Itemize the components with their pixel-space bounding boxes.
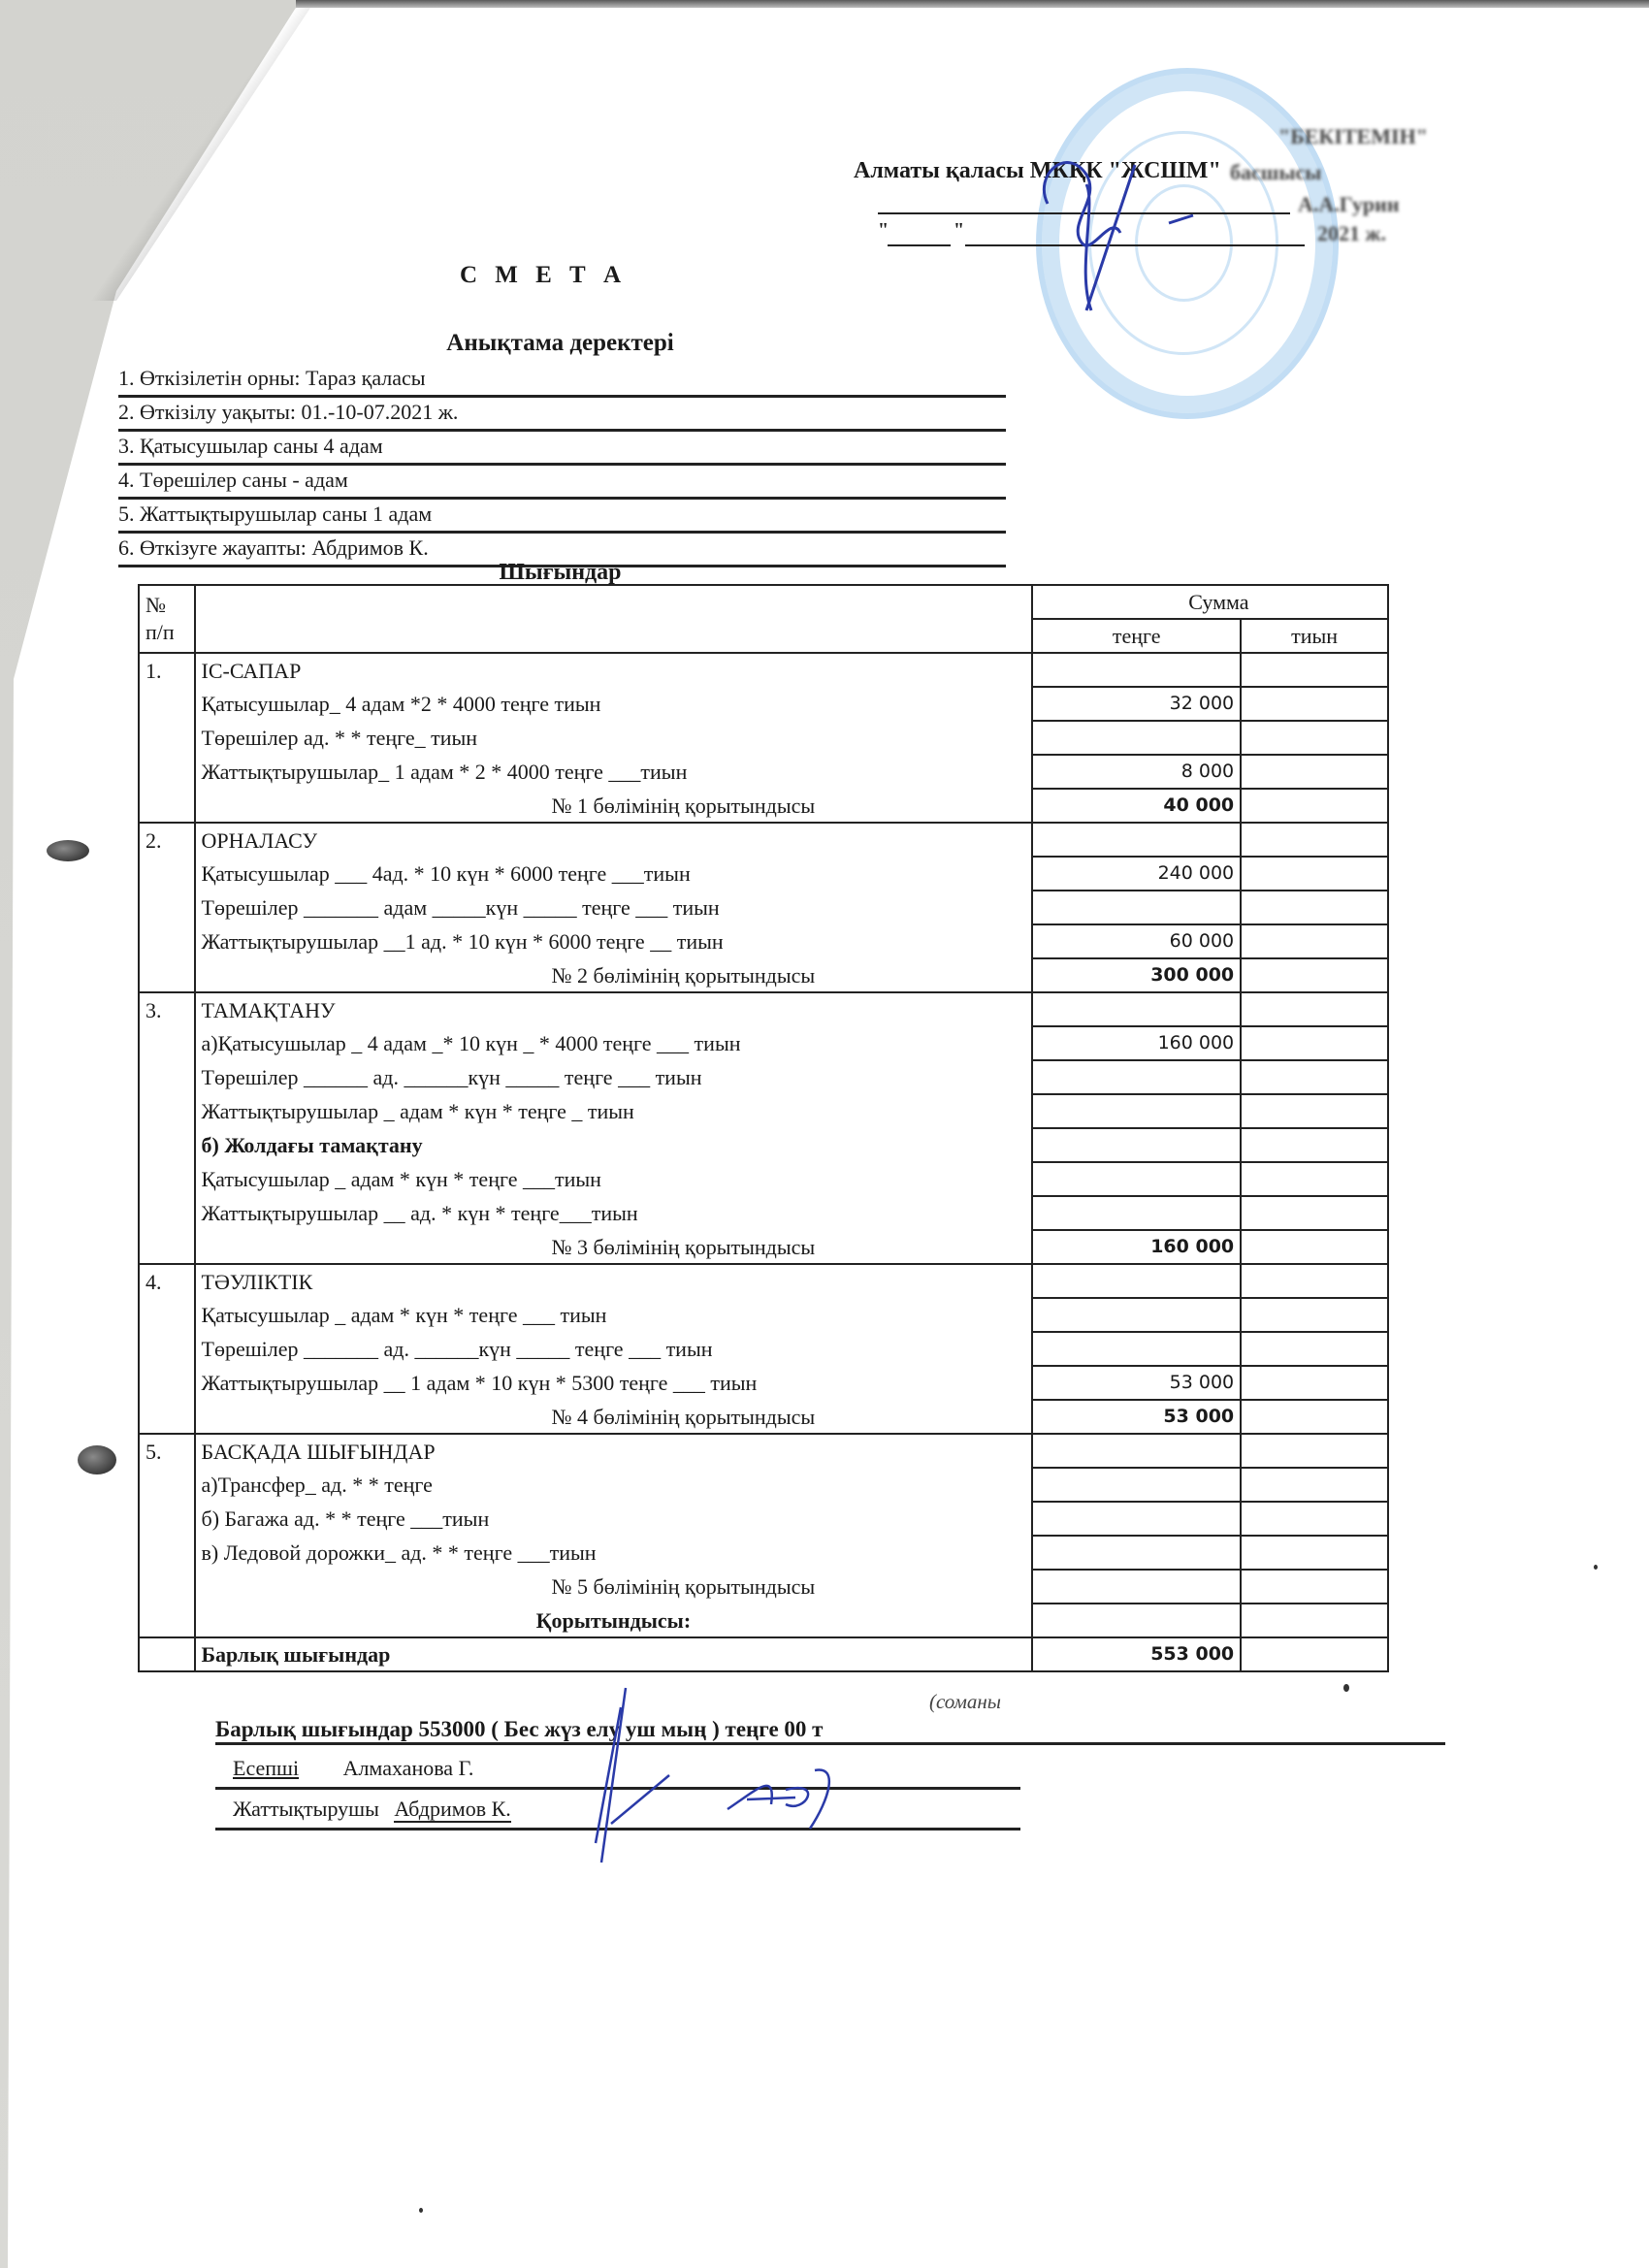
expense-amount-tiyn	[1241, 1502, 1388, 1536]
section-header-row: 4.ТӘУЛІКТІК	[139, 1264, 1388, 1298]
table-row: Жаттықтырушылар __1 ад. * 10 күн * 6000 …	[139, 924, 1388, 958]
section-total-label: № 4 бөлімінің қорытындысы	[195, 1400, 1033, 1434]
table-row: Жаттықтырушылар __ 1 адам * 10 күн * 530…	[139, 1366, 1388, 1400]
expense-amount-tiyn	[1241, 1196, 1388, 1230]
section-total-value	[1032, 1570, 1241, 1604]
expense-amount-tenge	[1032, 721, 1241, 755]
expense-amount-tenge	[1032, 1502, 1241, 1536]
expense-amount-tenge	[1032, 1468, 1241, 1502]
table-row: Жаттықтырушылар_ 1 адам * 2 * 4000 теңге…	[139, 755, 1388, 789]
expense-line: Төрешілер _______ адам _____күн _____ те…	[195, 891, 1033, 924]
section-title: ТӘУЛІКТІК	[195, 1264, 1033, 1298]
summary-row: Қорытындысы:	[139, 1604, 1388, 1637]
approval-date-quote: "	[954, 219, 964, 242]
table-row: Жаттықтырушылар __ ад. * күн * теңге___т…	[139, 1196, 1388, 1230]
section-number: 4.	[139, 1264, 195, 1298]
column-header-tenge: теңге	[1032, 619, 1241, 653]
expense-amount-tenge: 32 000	[1032, 687, 1241, 721]
approval-date-quote: "	[878, 219, 889, 242]
section-title: ТАМАҚТАНУ	[195, 992, 1033, 1026]
expense-line: Қатысушылар _ адам * күн * теңге ___ тиы…	[195, 1298, 1033, 1332]
section-number: 1.	[139, 653, 195, 687]
table-row: Төрешілер _______ ад. ______күн _____ те…	[139, 1332, 1388, 1366]
table-row: б) Багажа ад. * * теңге ___тиын	[139, 1502, 1388, 1536]
expense-amount-tenge: 8 000	[1032, 755, 1241, 789]
expense-amount-tenge	[1032, 1298, 1241, 1332]
table-row: Қатысушылар_ 4 адам *2 * 4000 теңге тиын…	[139, 687, 1388, 721]
section-total-value: 160 000	[1032, 1230, 1241, 1264]
expenses-caption: Шығындар	[116, 560, 1004, 586]
expense-amount-tiyn	[1241, 1094, 1388, 1128]
approval-day-line	[888, 244, 951, 246]
column-header-number-line1: №	[145, 592, 188, 619]
expense-amount-tenge	[1032, 891, 1241, 924]
section-total-label: № 3 бөлімінің қорытындысы	[195, 1230, 1033, 1264]
section-title: ОРНАЛАСУ	[195, 823, 1033, 857]
section-total-value: 40 000	[1032, 789, 1241, 823]
accountant-role: Есепші	[233, 1756, 299, 1780]
info-location: 1. Өткізілетін орны: Тараз қаласы	[118, 362, 1006, 398]
expense-line: Төрешілер _______ ад. ______күн _____ те…	[195, 1332, 1033, 1366]
document-title: С М Е Т А	[0, 262, 1086, 289]
expense-line: Қатысушылар_ 4 адам *2 * 4000 теңге тиын	[195, 687, 1033, 721]
section-total-row: № 5 бөлімінің қорытындысы	[139, 1570, 1388, 1604]
table-row: Қатысушылар ___ 4ад. * 10 күн * 6000 тең…	[139, 857, 1388, 891]
grand-total-value: 553 000	[1032, 1637, 1241, 1671]
ink-speck	[419, 2208, 423, 2213]
expense-amount-tiyn	[1241, 1162, 1388, 1196]
expense-line: Қатысушылар ___ 4ад. * 10 күн * 6000 тең…	[195, 857, 1033, 891]
expense-line: Төрешілер ______ ад. ______күн _____ тең…	[195, 1060, 1033, 1094]
punch-hole	[78, 1445, 116, 1474]
column-header-sum: Сумма	[1032, 585, 1388, 619]
coach-name: Абдримов К.	[394, 1797, 510, 1823]
info-referees: 4. Төрешілер саны - адам	[118, 464, 1006, 500]
expense-amount-tiyn	[1241, 1332, 1388, 1366]
table-row: Төрешілер _______ адам _____күн _____ те…	[139, 891, 1388, 924]
section-total-value: 300 000	[1032, 958, 1241, 992]
expense-amount-tenge	[1032, 1332, 1241, 1366]
section-total-row: № 1 бөлімінің қорытындысы40 000	[139, 789, 1388, 823]
expense-amount-tenge	[1032, 1196, 1241, 1230]
expense-amount-tiyn	[1241, 1536, 1388, 1570]
expense-line: Жаттықтырушылар_ 1 адам * 2 * 4000 теңге…	[195, 755, 1033, 789]
ink-speck	[1343, 1684, 1349, 1692]
expense-line: а)Трансфер_ ад. * * теңге	[195, 1468, 1033, 1502]
expense-line: Жаттықтырушылар __1 ад. * 10 күн * 6000 …	[195, 924, 1033, 958]
table-row: Қатысушылар _ адам * күн * теңге ___тиын	[139, 1162, 1388, 1196]
expense-amount-tenge	[1032, 1060, 1241, 1094]
expense-amount-tiyn	[1241, 1060, 1388, 1094]
expense-amount-tiyn	[1241, 1468, 1388, 1502]
expense-amount-tenge: 60 000	[1032, 924, 1241, 958]
expense-amount-tiyn	[1241, 891, 1388, 924]
expense-amount-tenge	[1032, 1162, 1241, 1196]
expense-amount-tiyn	[1241, 1026, 1388, 1060]
expense-amount-tenge: 53 000	[1032, 1366, 1241, 1400]
table-row: б) Жолдағы тамақтану	[139, 1128, 1388, 1162]
info-dates: 2. Өткізілу уақыты: 01.-10-07.2021 ж.	[118, 396, 1006, 432]
expense-amount-tenge	[1032, 1536, 1241, 1570]
expense-amount-tenge: 240 000	[1032, 857, 1241, 891]
table-row: Төрешілер ад. * * теңге_ тиын	[139, 721, 1388, 755]
expense-amount-tiyn	[1241, 1128, 1388, 1162]
section-total-label: № 5 бөлімінің қорытындысы	[195, 1570, 1033, 1604]
expense-amount-tiyn	[1241, 924, 1388, 958]
expense-line: Төрешілер ад. * * теңге_ тиын	[195, 721, 1033, 755]
table-row: а)Қатысушылар _ 4 адам _* 10 күн _ * 400…	[139, 1026, 1388, 1060]
expense-line: б) Багажа ад. * * теңге ___тиын	[195, 1502, 1033, 1536]
coach-signature	[718, 1761, 863, 1838]
table-row: в) Ледовой дорожки_ ад. * * теңге ___тиы…	[139, 1536, 1388, 1570]
section-number: 5.	[139, 1434, 195, 1468]
expense-amount-tenge: 160 000	[1032, 1026, 1241, 1060]
director-signature	[1028, 146, 1280, 320]
accountant-name: Алмаханова Г.	[343, 1756, 474, 1780]
section-header-row: 3.ТАМАҚТАНУ	[139, 992, 1388, 1026]
ink-speck	[1594, 1565, 1598, 1570]
section-total-value: 53 000	[1032, 1400, 1241, 1434]
coach-role: Жаттықтырушы	[233, 1797, 379, 1821]
column-header-tiyn: тиын	[1241, 619, 1388, 653]
info-participants: 3. Қатысушылар саны 4 адам	[118, 430, 1006, 466]
expense-line: а)Қатысушылар _ 4 адам _* 10 күн _ * 400…	[195, 1026, 1033, 1060]
expense-line: в) Ледовой дорожки_ ад. * * теңге ___тиы…	[195, 1536, 1033, 1570]
summary-label: Қорытындысы:	[195, 1604, 1033, 1637]
table-row: Жаттықтырушылар _ адам * күн * теңге _ т…	[139, 1094, 1388, 1128]
expense-line: Қатысушылар _ адам * күн * теңге ___тиын	[195, 1162, 1033, 1196]
expense-amount-tenge	[1032, 1128, 1241, 1162]
expense-amount-tiyn	[1241, 1298, 1388, 1332]
section-total-label: № 1 бөлімінің қорытындысы	[195, 789, 1033, 823]
expense-amount-tenge	[1032, 1094, 1241, 1128]
approval-name: А.А.Гурин	[1298, 192, 1400, 217]
section-number: 2.	[139, 823, 195, 857]
expense-line: б) Жолдағы тамақтану	[195, 1128, 1033, 1162]
punch-hole	[47, 840, 89, 861]
expense-line: Жаттықтырушылар __ 1 адам * 10 күн * 530…	[195, 1366, 1033, 1400]
column-header-description	[195, 585, 1033, 653]
table-header-row: № п/п Сумма	[139, 585, 1388, 619]
expenses-table: № п/п Сумма теңге тиын 1.ІС-САПАРҚатысуш…	[138, 584, 1389, 1672]
document-subtitle: Анықтама деректері	[116, 330, 1004, 357]
section-header-row: 2.ОРНАЛАСУ	[139, 823, 1388, 857]
section-header-row: 1.ІС-САПАР	[139, 653, 1388, 687]
section-number: 3.	[139, 992, 195, 1026]
expense-line: Жаттықтырушылар _ адам * күн * теңге _ т…	[195, 1094, 1033, 1128]
section-total-label: № 2 бөлімінің қорытындысы	[195, 958, 1033, 992]
table-row: а)Трансфер_ ад. * * теңге	[139, 1468, 1388, 1502]
expense-amount-tiyn	[1241, 721, 1388, 755]
approval-header: "БЕКІТЕМІН"	[1278, 124, 1428, 149]
section-title: БАСҚАДА ШЫҒЫНДАР	[195, 1434, 1033, 1468]
table-row: Төрешілер ______ ад. ______күн _____ тең…	[139, 1060, 1388, 1094]
amount-note: (соманы	[929, 1690, 1001, 1714]
expense-line: Жаттықтырушылар __ ад. * күн * теңге___т…	[195, 1196, 1033, 1230]
section-total-row: № 3 бөлімінің қорытындысы160 000	[139, 1230, 1388, 1264]
info-coaches: 5. Жаттықтырушылар саны 1 адам	[118, 498, 1006, 534]
column-header-number-line2: п/п	[145, 619, 188, 646]
column-header-number: № п/п	[139, 585, 195, 653]
section-title: ІС-САПАР	[195, 653, 1033, 687]
grand-total-row: Барлық шығындар 553 000	[139, 1637, 1388, 1671]
section-total-row: № 4 бөлімінің қорытындысы53 000	[139, 1400, 1388, 1434]
approval-year: 2021 ж.	[1317, 221, 1386, 246]
section-total-row: № 2 бөлімінің қорытындысы300 000	[139, 958, 1388, 992]
expense-amount-tiyn	[1241, 1366, 1388, 1400]
expense-amount-tiyn	[1241, 687, 1388, 721]
expense-amount-tiyn	[1241, 755, 1388, 789]
section-header-row: 5.БАСҚАДА ШЫҒЫНДАР	[139, 1434, 1388, 1468]
grand-total-label: Барлық шығындар	[195, 1637, 1033, 1671]
scan-top-edge	[296, 0, 1649, 8]
table-row: Қатысушылар _ адам * күн * теңге ___ тиы…	[139, 1298, 1388, 1332]
expense-amount-tiyn	[1241, 857, 1388, 891]
